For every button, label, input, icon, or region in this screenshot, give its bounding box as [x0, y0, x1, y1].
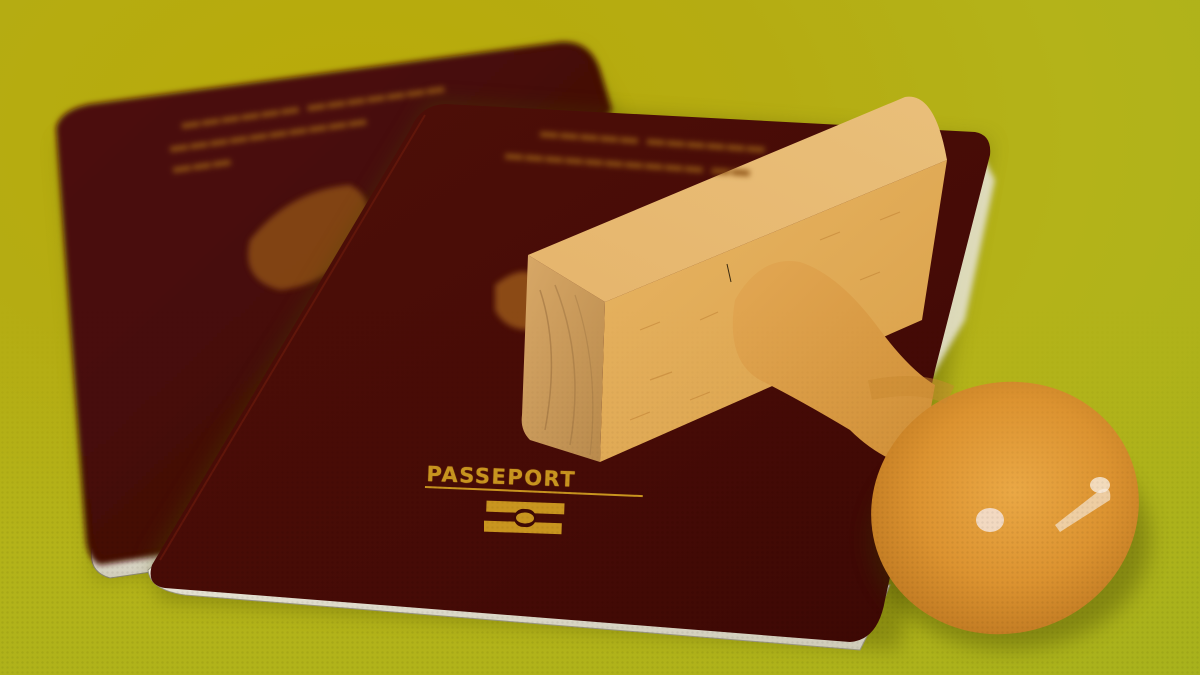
photo-illustration — [0, 0, 1200, 675]
photo-scene: ▬▬▬▬▬▬ ▬▬▬▬▬▬▬ ▬▬▬▬▬▬▬▬▬▬ ▬▬▬ ▬▬▬▬▬ ▬▬▬▬… — [0, 0, 1200, 675]
biometric-chip-icon — [484, 500, 566, 536]
